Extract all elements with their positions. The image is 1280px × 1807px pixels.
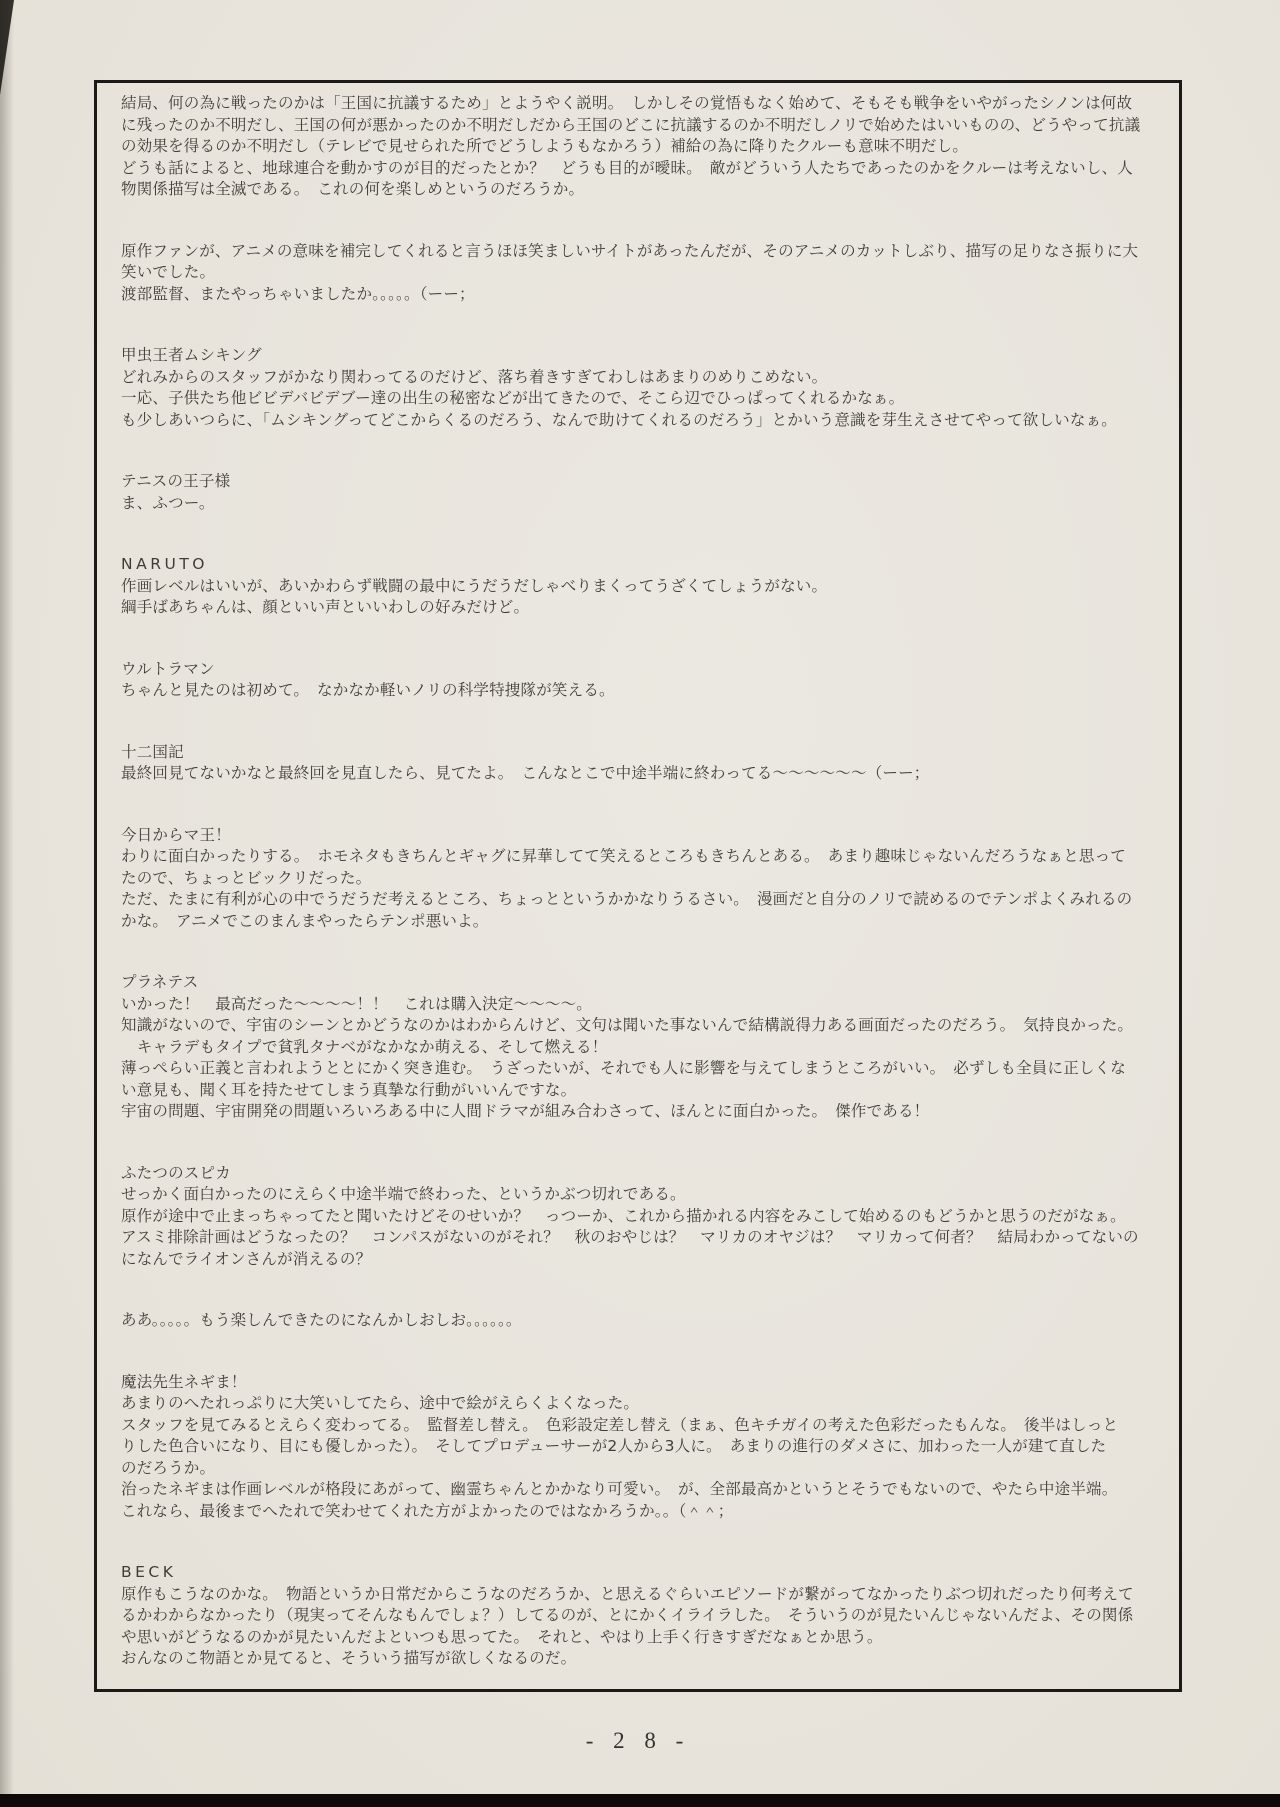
text-line: いかった！ 最高だった〜〜〜〜！！ これは購入決定〜〜〜〜。 <box>121 994 1163 1016</box>
text-line: ただ、たまに有利が心の中でうだうだ考えるところ、ちょっとというかかなりうるさい。… <box>121 889 1163 911</box>
review-section: 魔法先生ネギま！あまりのへたれっぷりに大笑いしてたら、途中で絵がえらくよくなった… <box>121 1372 1163 1523</box>
section-title: テニスの王子様 <box>121 471 1163 493</box>
text-line: になんでライオンさんが消えるの？ <box>121 1249 1163 1271</box>
text-line: アスミ排除計画はどうなったの？ コンパスがないのがそれ？ 秋のおやじは？ マリカ… <box>121 1227 1163 1249</box>
scan-bottom-edge-bar <box>0 1794 1280 1807</box>
text-line: 物関係描写は全滅である。 これの何を楽しめというのだろうか。 <box>121 179 1163 201</box>
text-line: 作画レベルはいいが、あいかわらず戦闘の最中にうだうだしゃべりまくってうざくてしょ… <box>121 576 1163 598</box>
text-line: 原作ファンが、アニメの意味を補完してくれると言うほほ笑ましいサイトがあったんだが… <box>121 241 1163 263</box>
text-line: キャラデもタイプで貧乳タナベがなかなか萌える、そして燃える！ <box>121 1037 1163 1059</box>
text-line: 一応、子供たち他ビビデバビデブー達の出生の秘密などが出てきたので、そこら辺でひっ… <box>121 388 1163 410</box>
page-number: - 2 8 - <box>94 1728 1182 1754</box>
review-section: NARUTO作画レベルはいいが、あいかわらず戦闘の最中にうだうだしゃべりまくって… <box>121 554 1163 619</box>
review-section: 十二国記最終回見てないかなと最終回を見直したら、見てたよ。 こんなとこで中途半端… <box>121 742 1163 785</box>
section-title: プラネテス <box>121 972 1163 994</box>
section-title: 十二国記 <box>121 742 1163 764</box>
text-line: 治ったネギまは作画レベルが格段にあがって、幽霊ちゃんとかかなり可愛い。 が、全部… <box>121 1479 1163 1501</box>
review-section: 今日からマ王！わりに面白かったりする。 ホモネタもきちんとギャグに昇華してて笑え… <box>121 825 1163 933</box>
review-section: 原作ファンが、アニメの意味を補完してくれると言うほほ笑ましいサイトがあったんだが… <box>121 241 1163 306</box>
text-line: あまりのへたれっぷりに大笑いしてたら、途中で絵がえらくよくなった。 <box>121 1393 1163 1415</box>
text-line: るかわからなかったり（現実ってそんなもんでしょ？）してるのが、とにかくイライラし… <box>121 1605 1163 1627</box>
section-title: ふたつのスピカ <box>121 1163 1163 1185</box>
text-line: や思いがどうなるのかが見たいんだよといつも思ってた。 それと、やはり上手く行きす… <box>121 1627 1163 1649</box>
section-title: ウルトラマン <box>121 659 1163 681</box>
review-section: 甲虫王者ムシキングどれみからのスタッフがかなり関わってるのだけど、落ち着きすぎて… <box>121 345 1163 431</box>
text-line: 最終回見てないかなと最終回を見直したら、見てたよ。 こんなとこで中途半端に終わっ… <box>121 763 1163 785</box>
section-title: NARUTO <box>121 554 1163 576</box>
text-line: の効果を得るのか不明だし（テレビで見せられた所でどうしようもなかろう）補給の為に… <box>121 136 1163 158</box>
text-line: 綱手ばあちゃんは、顔といい声といいわしの好みだけど。 <box>121 597 1163 619</box>
text-line: スタッフを見てみるとえらく変わってる。 監督差し替え。 色彩設定差し替え（まぁ、… <box>121 1415 1163 1437</box>
text-line: ちゃんと見たのは初めて。 なかなか軽いノリの科学特捜隊が笑える。 <box>121 680 1163 702</box>
review-section: テニスの王子様ま、ふつー。 <box>121 471 1163 514</box>
text-line: ま、ふつー。 <box>121 493 1163 515</box>
text-line: 結局、何の為に戦ったのかは「王国に抗議するため」とようやく説明。 しかしその覚悟… <box>121 93 1163 115</box>
text-frame: 結局、何の為に戦ったのかは「王国に抗議するため」とようやく説明。 しかしその覚悟… <box>94 80 1182 1692</box>
text-line: のだろうか。 <box>121 1458 1163 1480</box>
review-section: ああ。。。。。もう楽しんできたのになんかしおしお。。。。。。 <box>121 1310 1163 1332</box>
page-content: 結局、何の為に戦ったのかは「王国に抗議するため」とようやく説明。 しかしその覚悟… <box>97 83 1179 1670</box>
scan-left-edge-shadow <box>0 0 14 1807</box>
text-line: 宇宙の問題、宇宙開発の問題いろいろある中に人間ドラマが組み合わさって、ほんとに面… <box>121 1101 1163 1123</box>
text-line: わりに面白かったりする。 ホモネタもきちんとギャグに昇華してて笑えるところもきち… <box>121 846 1163 868</box>
text-line: 知識がないので、宇宙のシーンとかどうなのかはわからんけど、文句は聞いた事ないんで… <box>121 1015 1163 1037</box>
section-title: 今日からマ王！ <box>121 825 1163 847</box>
text-line: 原作もこうなのかな。 物語というか日常だからこうなのだろうか、と思えるぐらいエピ… <box>121 1584 1163 1606</box>
text-line: どれみからのスタッフがかなり関わってるのだけど、落ち着きすぎてわしはあまりのめり… <box>121 367 1163 389</box>
review-section: ふたつのスピカせっかく面白かったのにえらく中途半端で終わった、というかぶつ切れで… <box>121 1163 1163 1271</box>
text-line: 原作が途中で止まっちゃってたと聞いたけどそのせいか？ っつーか、これから描かれる… <box>121 1206 1163 1228</box>
section-title: BECK <box>121 1562 1163 1584</box>
text-line: かな。 アニメでこのまんまやったらテンポ悪いよ。 <box>121 911 1163 933</box>
text-line: ああ。。。。。もう楽しんできたのになんかしおしお。。。。。。 <box>121 1310 1163 1332</box>
review-section: ウルトラマンちゃんと見たのは初めて。 なかなか軽いノリの科学特捜隊が笑える。 <box>121 659 1163 702</box>
text-line: どうも話によると、地球連合を動かすのが目的だったとか？ どうも目的が曖昧。 敵が… <box>121 158 1163 180</box>
text-line: 渡部監督、またやっちゃいましたか。。。。。（ーー； <box>121 284 1163 306</box>
review-section: 結局、何の為に戦ったのかは「王国に抗議するため」とようやく説明。 しかしその覚悟… <box>121 93 1163 201</box>
text-line: おんなのこ物語とか見てると、そういう描写が欲しくなるのだ。 <box>121 1648 1163 1670</box>
text-line: に残ったのか不明だし、王国の何が悪かったのか不明だしだから王国のどこに抗議するの… <box>121 115 1163 137</box>
review-section: プラネテスいかった！ 最高だった〜〜〜〜！！ これは購入決定〜〜〜〜。知識がない… <box>121 972 1163 1123</box>
text-line: せっかく面白かったのにえらく中途半端で終わった、というかぶつ切れである。 <box>121 1184 1163 1206</box>
text-line: りした色合いになり、目にも優しかった）。 そしてプロデューサーが2人から3人に。… <box>121 1436 1163 1458</box>
text-line: これなら、最後までへたれで笑わせてくれた方がよかったのではなかろうか。。（＾＾； <box>121 1501 1163 1523</box>
text-line: たので、ちょっとビックリだった。 <box>121 868 1163 890</box>
section-title: 甲虫王者ムシキング <box>121 345 1163 367</box>
review-section: BECK原作もこうなのかな。 物語というか日常だからこうなのだろうか、と思えるぐ… <box>121 1562 1163 1670</box>
text-line: い意見も、聞く耳を持たせてしまう真摯な行動がいいんですな。 <box>121 1080 1163 1102</box>
text-line: 薄っぺらい正義と言われようととにかく突き進む。 うざったいが、それでも人に影響を… <box>121 1058 1163 1080</box>
text-line: 笑いでした。 <box>121 262 1163 284</box>
text-line: も少しあいつらに、「ムシキングってどこからくるのだろう、なんで助けてくれるのだろ… <box>121 410 1163 432</box>
section-title: 魔法先生ネギま！ <box>121 1372 1163 1394</box>
